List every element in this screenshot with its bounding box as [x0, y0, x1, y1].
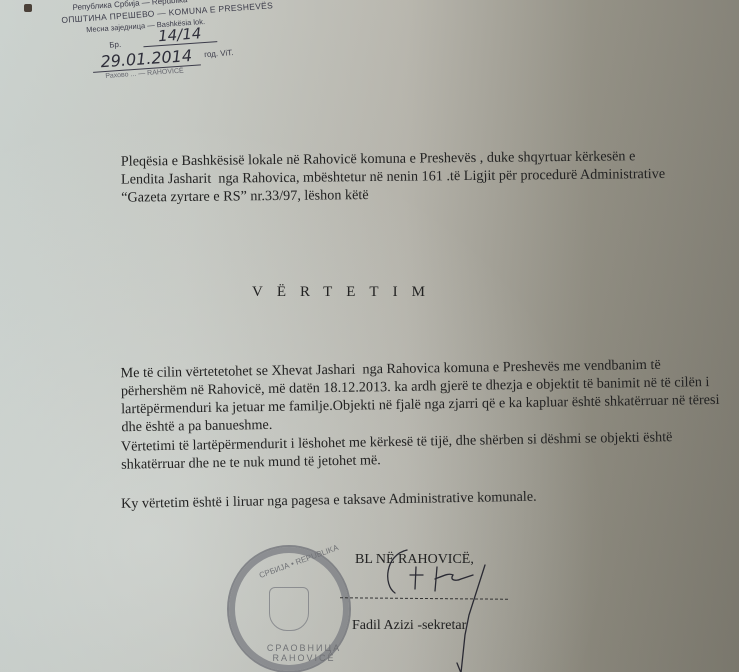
intro-paragraph: Pleqësia e Bashkësisë lokale në Rahovicë… [65, 147, 682, 207]
seal-bottom-text: СРАОВНИЦА RAHOVICË [259, 643, 349, 663]
seal-top-text: СРБИЈА • REPUBLIKA [258, 543, 340, 580]
seal-emblem-icon [269, 587, 309, 631]
stamp-number: 14/14 [142, 23, 217, 47]
paper-background [0, 0, 739, 672]
fee-paragraph: Ky vërtetim është i liruar nga pagesa e … [65, 484, 739, 514]
signature-line [340, 597, 508, 599]
staple-hole [24, 4, 32, 12]
official-seal: СРБИЈА • REPUBLIKA СРАОВНИЦА RAHOVICË [227, 545, 351, 672]
body-paragraph: Me të cilin vërtetetohet se Xhevat Jasha… [64, 355, 721, 437]
stamp-date: 29.01.2014 [92, 45, 201, 72]
signer-name: Fadil Azizi -sekretar [352, 618, 466, 634]
stamp-year-label: год. ViT. [204, 48, 234, 59]
document-title: VËRTETIM [252, 284, 439, 301]
stamp-number-label: Бр. [109, 40, 122, 50]
signature-place: BL NË RAHOVICË, [355, 552, 474, 568]
registration-stamp: Република Србија — Republika ОПШТИНА ПРЕ… [60, 0, 305, 80]
